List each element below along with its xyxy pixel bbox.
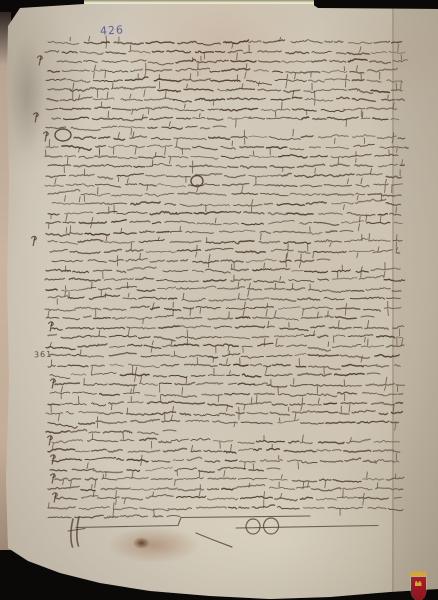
castle-icon: [415, 581, 422, 586]
manuscript-photo: 426 361: [0, 0, 438, 600]
photo-vignette: [0, 0, 438, 600]
crown-icon: [410, 570, 427, 576]
parchment-page: 426 361: [0, 0, 438, 600]
archive-crest-icon: [409, 570, 427, 600]
shield-icon: [411, 577, 426, 600]
